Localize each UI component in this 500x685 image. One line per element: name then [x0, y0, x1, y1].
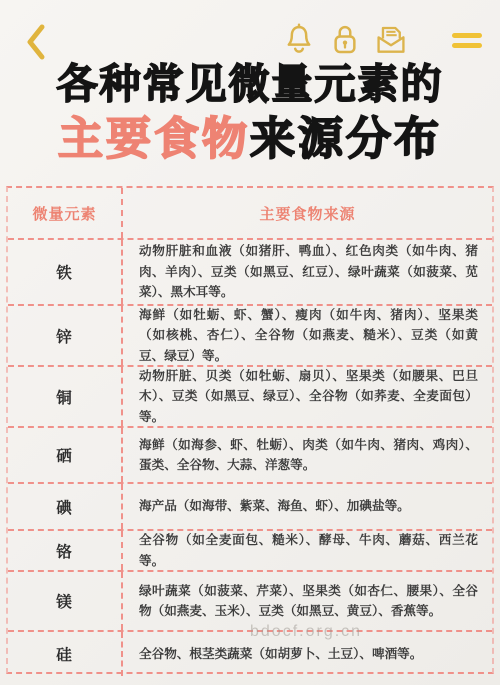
title-highlight: 主要食物 — [58, 113, 250, 164]
element-name: 铬 — [56, 540, 73, 562]
title-line2: 主要食物来源分布 — [0, 113, 500, 165]
title-rest: 来源分布 — [250, 113, 442, 164]
topbar-icon-group — [280, 20, 488, 60]
table-row-chromium: 铬 全谷物（如全麦面包、糙米）、酵母、牛肉、蘑菇、西兰花等。 — [8, 531, 492, 572]
element-name: 铁 — [56, 261, 73, 283]
element-name: 锌 — [56, 325, 73, 347]
privacy-button[interactable] — [326, 20, 363, 60]
element-sources: 海产品（如海带、紫菜、海鱼、虾）、加碘盐等。 — [139, 496, 410, 516]
element-name: 硅 — [56, 643, 73, 665]
element-name: 铜 — [56, 386, 73, 408]
element-name: 碘 — [56, 496, 73, 518]
element-name: 镁 — [56, 590, 73, 612]
notifications-button[interactable] — [280, 20, 317, 60]
page-title: 各种常见微量元素的 主要食物来源分布 — [0, 60, 500, 165]
element-sources: 动物肝脏、贝类（如牡蛎、扇贝）、坚果类（如腰果、巴旦木）、豆类（如黑豆、绿豆）、… — [139, 366, 478, 427]
table-row-silicon: 硅 全谷物、根茎类蔬菜（如胡萝卜、土豆）、啤酒等。 — [8, 632, 492, 676]
table-row-iron: 铁 动物肝脏和血液（如猪肝、鸭血）、红色肉类（如牛肉、猪肉、羊肉）、豆类（如黑豆… — [8, 240, 492, 306]
table-row-selenium: 硒 海鲜（如海参、虾、牡蛎）、肉类（如牛肉、猪肉、鸡肉）、蛋类、全谷物、大蒜、洋… — [8, 428, 492, 484]
table-header-row: 微量元素 主要食物来源 — [8, 188, 492, 240]
menu-button[interactable] — [452, 20, 482, 60]
trace-elements-table: 微量元素 主要食物来源 铁 动物肝脏和血液（如猪肝、鸭血）、红色肉类（如牛肉、猪… — [6, 186, 494, 674]
element-sources: 海鲜（如牡蛎、虾、蟹）、瘦肉（如牛肉、猪肉）、坚果类（如核桃、杏仁）、全谷物（如… — [139, 305, 478, 366]
table-row-magnesium: 镁 绿叶蔬菜（如菠菜、芹菜）、坚果类（如杏仁、腰果）、全谷物（如燕麦、玉米）、豆… — [8, 572, 492, 632]
header-sources-col: 主要食物来源 — [123, 188, 492, 238]
title-line1: 各种常见微量元素的 — [0, 60, 500, 109]
table-row-copper: 铜 动物肝脏、贝类（如牡蛎、扇贝）、坚果类（如腰果、巴旦木）、豆类（如黑豆、绿豆… — [8, 367, 492, 428]
chevron-left-icon — [22, 22, 50, 62]
element-name: 硒 — [56, 444, 73, 466]
mail-icon — [371, 21, 411, 59]
element-sources: 海鲜（如海参、虾、牡蛎）、肉类（如牛肉、猪肉、鸡肉）、蛋类、全谷物、大蒜、洋葱等… — [139, 435, 478, 476]
element-sources: 全谷物（如全麦面包、糙米）、酵母、牛肉、蘑菇、西兰花等。 — [139, 530, 478, 571]
table-row-zinc: 锌 海鲜（如牡蛎、虾、蟹）、瘦肉（如牛肉、猪肉）、坚果类（如核桃、杏仁）、全谷物… — [8, 306, 492, 367]
lock-icon — [327, 21, 363, 59]
element-sources: 绿叶蔬菜（如菠菜、芹菜）、坚果类（如杏仁、腰果）、全谷物（如燕麦、玉米）、豆类（… — [139, 581, 478, 622]
back-button[interactable] — [22, 22, 50, 62]
element-sources: 动物肝脏和血液（如猪肝、鸭血）、红色肉类（如牛肉、猪肉、羊肉）、豆类（如黑豆、红… — [139, 241, 478, 302]
element-sources: 全谷物、根茎类蔬菜（如胡萝卜、土豆）、啤酒等。 — [139, 644, 422, 664]
table-row-iodine: 碘 海产品（如海带、紫菜、海鱼、虾）、加碘盐等。 — [8, 484, 492, 531]
top-bar — [0, 20, 500, 64]
infographic-page: 各种常见微量元素的 主要食物来源分布 微量元素 主要食物来源 铁 动物肝脏和血液… — [0, 0, 500, 685]
bell-icon — [281, 21, 317, 59]
messages-button[interactable] — [372, 20, 409, 60]
header-element-col: 微量元素 — [8, 188, 123, 238]
menu-icon — [452, 33, 482, 38]
